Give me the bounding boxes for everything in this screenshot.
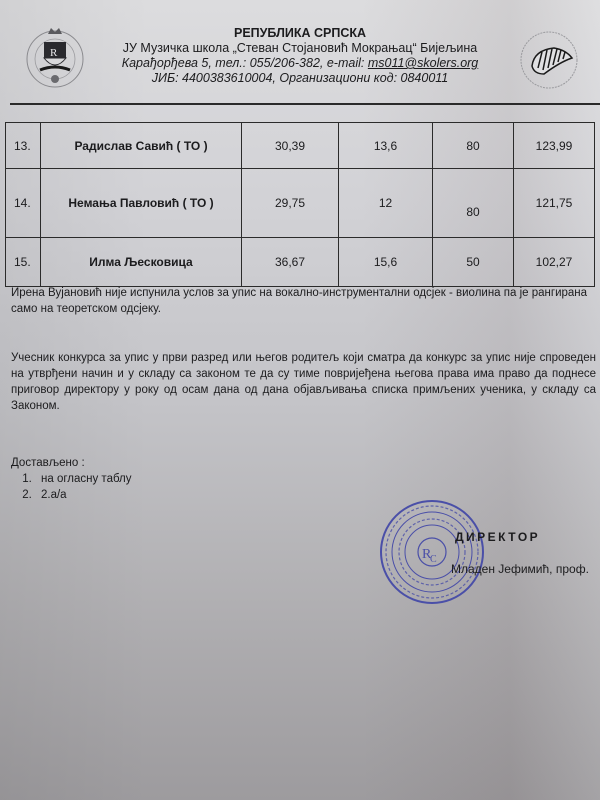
row-number: 13. — [6, 123, 41, 169]
director-name: Младен Јефимић, проф. — [451, 562, 589, 576]
table-row: 14. Немања Павловић ( ТО ) 29,75 12 80 1… — [6, 169, 595, 238]
score-3: 80 — [433, 169, 514, 238]
student-name: Илма Љесковица — [41, 238, 242, 287]
republic-name: РЕПУБЛИКА СРПСКА — [100, 26, 500, 41]
director-title: ДИРЕКТОР — [455, 530, 540, 544]
svg-text:R: R — [50, 47, 58, 59]
official-stamp-icon: R C — [378, 498, 486, 606]
delivered-to: Достављено : на огласну таблу 2.а/а — [11, 455, 132, 503]
table-row: 13. Радислав Савић ( ТО ) 30,39 13,6 80 … — [6, 123, 595, 169]
header-divider — [10, 103, 600, 105]
score-1: 29,75 — [242, 169, 339, 238]
row-number: 15. — [6, 238, 41, 287]
total-score: 121,75 — [514, 169, 595, 238]
table-row: 15. Илма Љесковица 36,67 15,6 50 102,27 — [6, 238, 595, 287]
delivered-title: Достављено : — [11, 455, 132, 471]
student-name: Немања Павловић ( ТО ) — [41, 169, 242, 238]
note-appeal-rights: Учесник конкурса за упис у први разред и… — [11, 350, 596, 414]
svg-text:C: C — [430, 554, 437, 565]
score-2: 12 — [339, 169, 433, 238]
score-2: 13,6 — [339, 123, 433, 169]
total-score: 102,27 — [514, 238, 595, 287]
score-1: 36,67 — [242, 238, 339, 287]
shell-emblem-icon — [514, 28, 584, 92]
list-item: 2.а/а — [35, 487, 132, 503]
student-name: Радислав Савић ( ТО ) — [41, 123, 242, 169]
score-2: 15,6 — [339, 238, 433, 287]
results-table: 13. Радислав Савић ( ТО ) 30,39 13,6 80 … — [5, 122, 595, 287]
score-3: 80 — [433, 123, 514, 169]
list-item: на огласну таблу — [35, 471, 132, 487]
score-1: 30,39 — [242, 123, 339, 169]
note-ranking: Ирена Вујановић није испунила услов за у… — [11, 285, 596, 317]
coat-of-arms-icon: R — [24, 24, 86, 90]
school-ids: ЈИБ: 4400383610004, Организациони код: 0… — [100, 71, 500, 86]
school-contact: Карађорђева 5, тел.: 055/206-382, e-mail… — [100, 56, 500, 71]
delivered-list: на огласну таблу 2.а/а — [11, 471, 132, 503]
row-number: 14. — [6, 169, 41, 238]
email-link[interactable]: ms011@skolers.org — [368, 56, 478, 70]
score-3: 50 — [433, 238, 514, 287]
letterhead: R РЕПУБЛИКА СРПСКА ЈУ Музичка школа „Сте… — [0, 0, 600, 100]
school-name: ЈУ Музичка школа „Стеван Стојановић Мокр… — [100, 41, 500, 56]
school-info: РЕПУБЛИКА СРПСКА ЈУ Музичка школа „Стева… — [100, 26, 500, 86]
total-score: 123,99 — [514, 123, 595, 169]
